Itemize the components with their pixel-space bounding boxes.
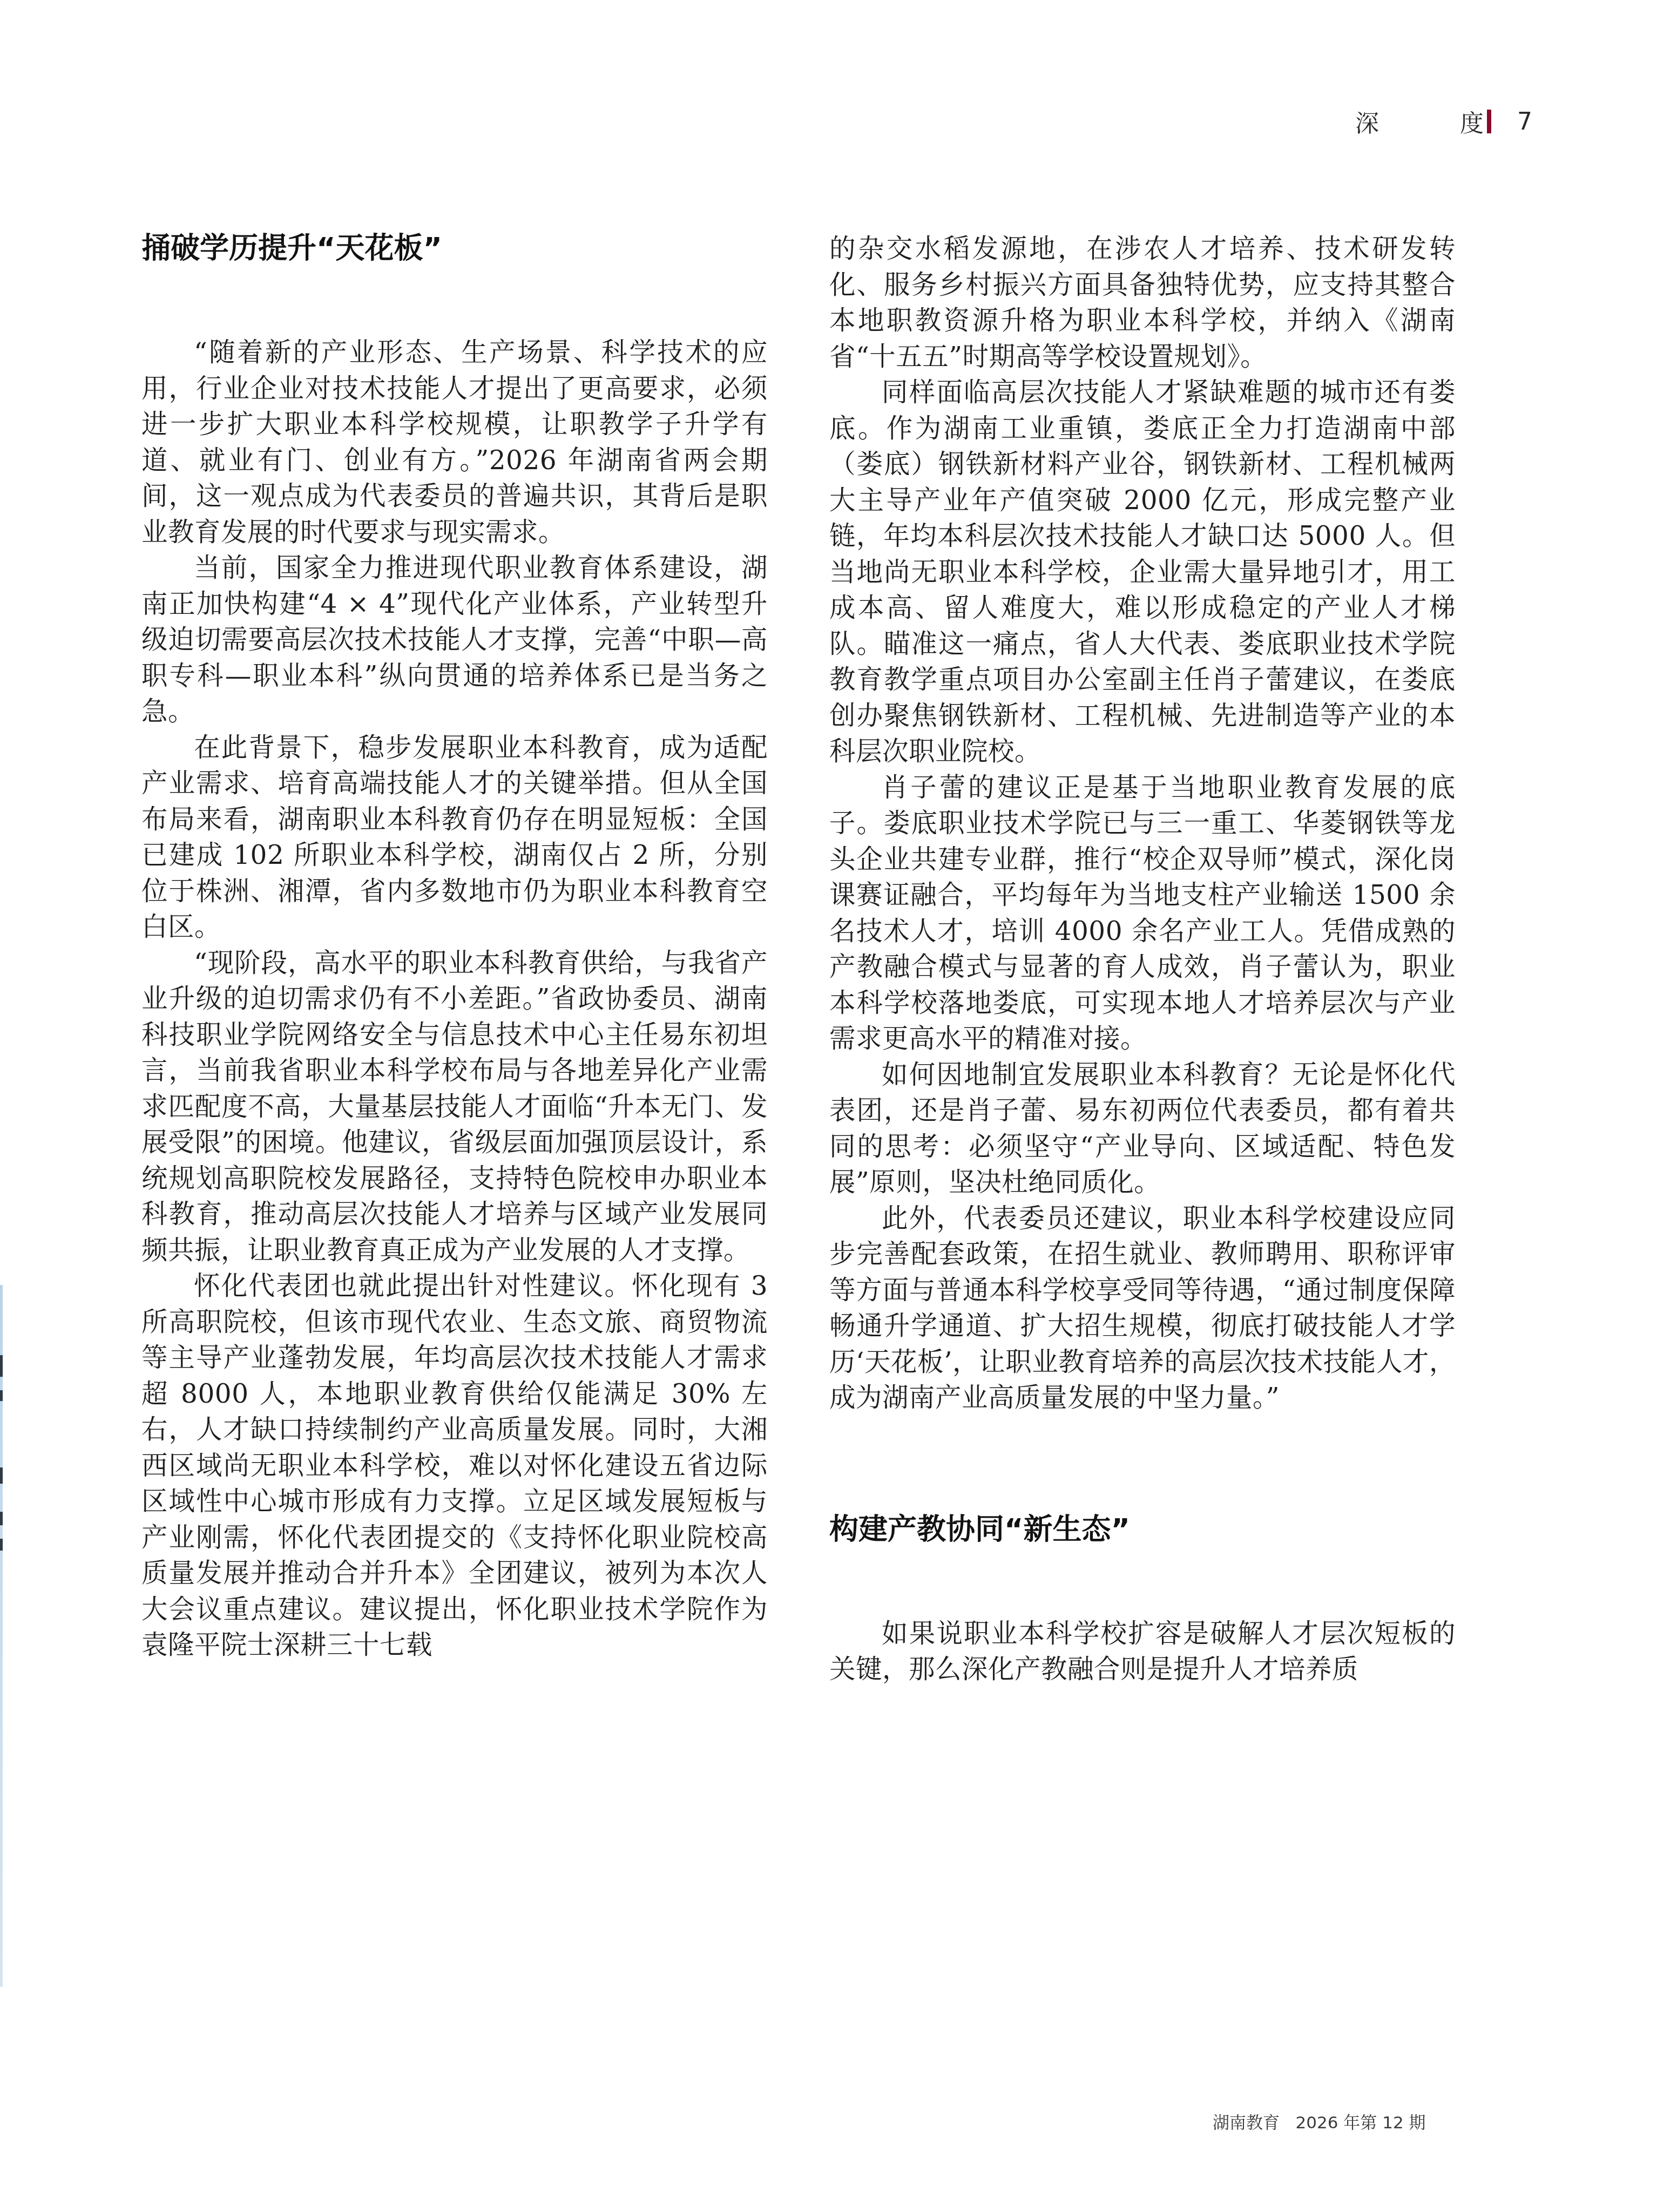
paragraph: 如何因地制宜发展职业本科教育？无论是怀化代表团，还是肖子蕾、易东初两位代表委员，… [829,1057,1456,1201]
bleed-mark [0,1355,3,1377]
section-heading: 构建产教协同“新生态” [829,1508,1456,1551]
paragraph: 同样面临高层次技能人才紧缺难题的城市还有娄底。作为湖南工业重镇，娄底正全力打造湖… [829,375,1456,770]
left-column: 捅破学历提升“天花板” “随着新的产业形态、生产场景、科学技术的应用，行业企业对… [141,227,768,1663]
paragraph: 在此背景下，稳步发展职业本科教育，成为适配产业需求、培育高端技能人才的关键举措。… [141,730,768,945]
running-head: 深 度 7 [1355,105,1532,138]
paragraph: 当前，国家全力推进现代职业教育体系建设，湖南正加快构建“4 × 4”现代化产业体… [141,550,768,730]
paragraph: “现阶段，高水平的职业本科教育供给，与我省产业升级的迫切需求仍有不小差距。”省政… [141,945,768,1269]
paragraph: 怀化代表团也就此提出针对性建议。怀化现有 3 所高职院校，但该市现代农业、生态文… [141,1268,768,1663]
section-heading: 捅破学历提升“天花板” [141,227,768,270]
paragraph-continuation: 的杂交水稻发源地，在涉农人才培养、技术研发转化、服务乡村振兴方面具备独特优势，应… [829,231,1456,375]
section-label: 深 度 [1355,104,1520,139]
right-column: 的杂交水稻发源地，在涉农人才培养、技术研发转化、服务乡村振兴方面具备独特优势，应… [829,231,1456,1688]
paragraph: 如果说职业本科学校扩容是破解人才层次短板的关键，那么深化产教融合则是提升人才培养… [829,1616,1456,1688]
bleed-mark [0,1390,3,1401]
issue-label: 2026 年第 12 期 [1296,2113,1426,2133]
spacer [829,1551,1456,1616]
accent-bar [1487,110,1491,133]
bleed-mark [0,1467,3,1484]
paragraph: 肖子蕾的建议正是基于当地职业教育发展的底子。娄底职业技术学院已与三一重工、华菱钢… [829,770,1456,1057]
footer: 湖南教育 2026 年第 12 期 [1213,2109,1425,2133]
publication-name: 湖南教育 [1213,2113,1280,2133]
spacer [829,1416,1456,1508]
paragraph: “随着新的产业形态、生产场景、科学技术的应用，行业企业对技术技能人才提出了更高要… [141,335,768,550]
page-number: 7 [1517,108,1532,136]
paragraph: 此外，代表委员还建议，职业本科学校建设应同步完善配套政策，在招生就业、教师聘用、… [829,1201,1456,1416]
bleed-mark [0,1539,3,1551]
bleed-mark [0,1512,3,1525]
